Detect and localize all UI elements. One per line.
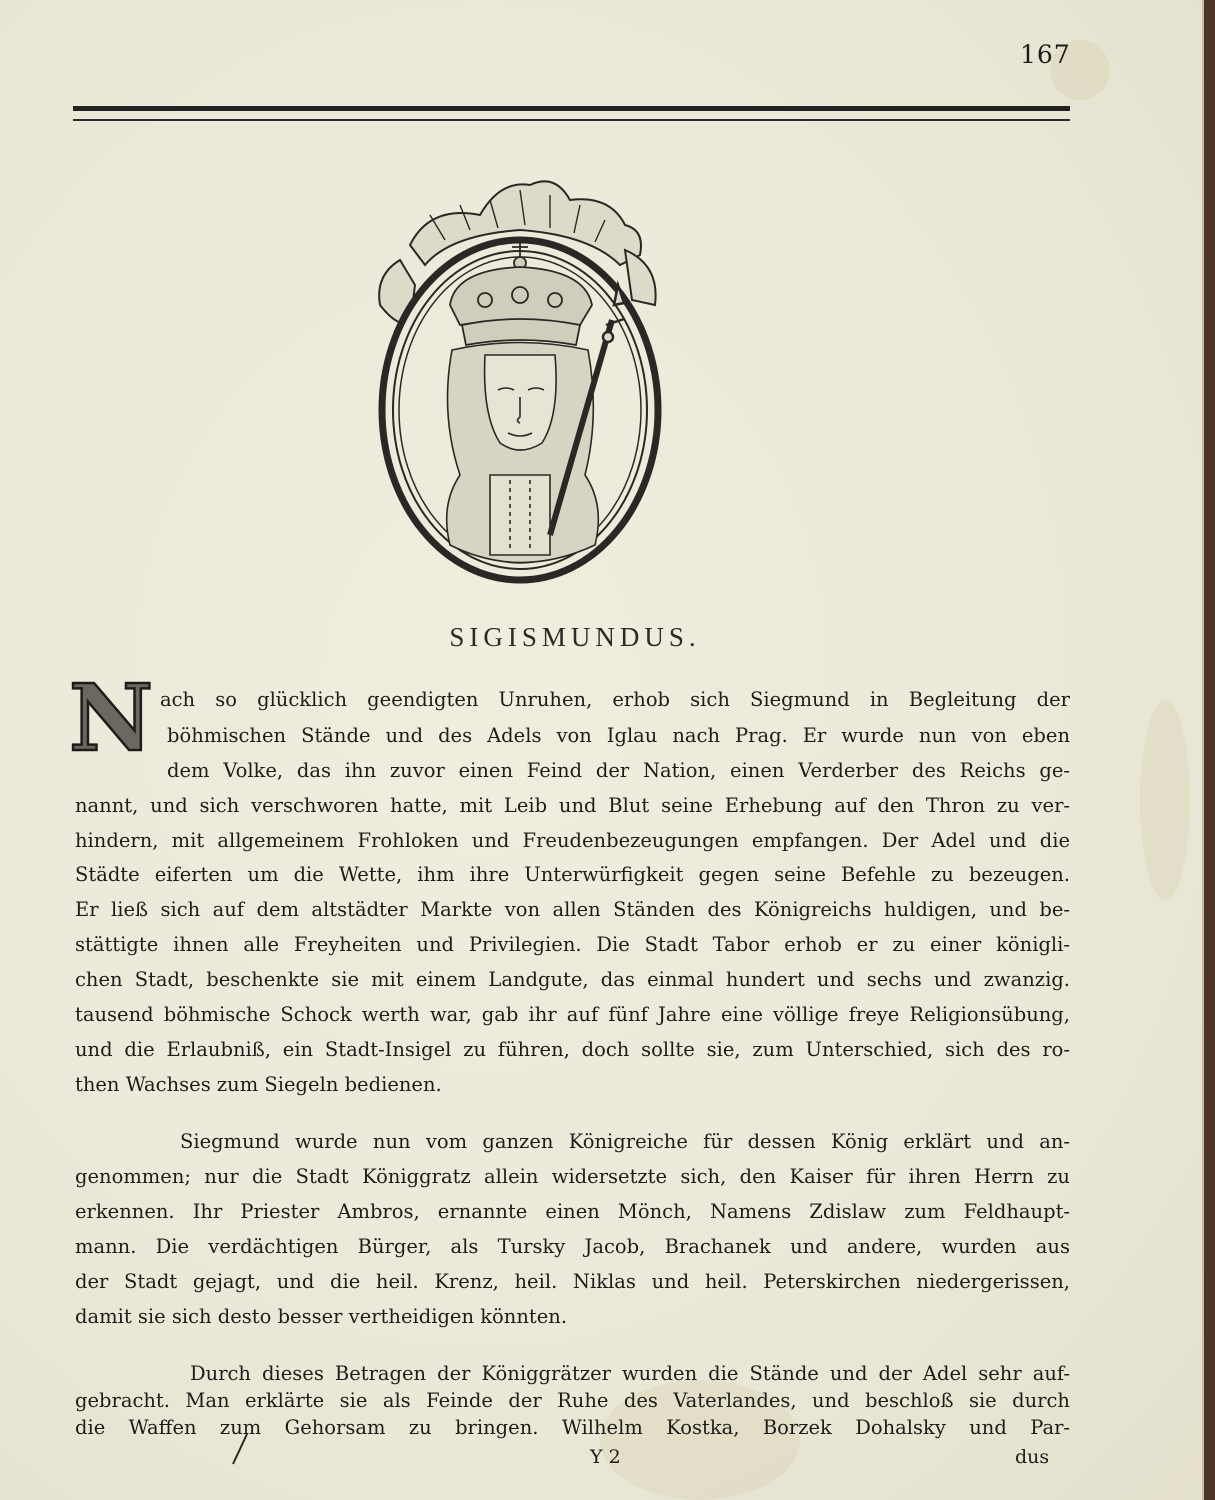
text-line: und die Erlaubniß, ein Stadt-Insigel zu … (75, 1038, 1070, 1061)
text-line: erkennen. Ihr Priester Ambros, ernannte … (75, 1200, 1070, 1223)
signature-mark: Y 2 (590, 1446, 621, 1468)
text-line: Durch dieses Betragen der Königgrätzer w… (190, 1362, 1070, 1385)
text-line: tausend böhmische Schock werth war, gab … (75, 1003, 1070, 1026)
chapter-heading: SIGISMUNDUS. (0, 622, 1150, 653)
text-line: Städte eiferten um die Wette, ihm ihre U… (75, 863, 1070, 886)
text-line: genommen; nur die Stadt Königgratz allei… (75, 1165, 1070, 1188)
catchword: dus (1015, 1446, 1049, 1468)
text-line: nannt, und sich verschworen hatte, mit L… (75, 794, 1070, 817)
text-line: gebracht. Man erklärte sie als Feinde de… (75, 1389, 1070, 1412)
paper-stain (1140, 700, 1190, 900)
header-rule-thin (73, 119, 1070, 121)
drop-cap-ornament: N (66, 672, 156, 760)
text-line: böhmischen Stände und des Adels von Igla… (167, 724, 1070, 747)
book-page: 167 (0, 0, 1202, 1500)
text-line: then Wachses zum Siegeln bedienen. (75, 1073, 442, 1096)
text-line: ach so glücklich geendigten Unruhen, erh… (160, 688, 1070, 711)
pen-stroke-mark (225, 1430, 255, 1470)
text-line: dem Volke, das ihn zuvor einen Feind der… (167, 759, 1070, 782)
page-number: 167 (1020, 40, 1071, 69)
text-line: Er ließ sich auf dem altstädter Markte v… (75, 898, 1070, 921)
text-line: der Stadt gejagt, und die heil. Krenz, h… (75, 1270, 1070, 1293)
svg-text:N: N (69, 672, 153, 760)
text-line: stättigte ihnen alle Freyheiten und Priv… (75, 933, 1070, 956)
text-line: hindern, mit allgemeinem Frohloken und F… (75, 829, 1070, 852)
text-line: mann. Die verdächtigen Bürger, als Tursk… (75, 1235, 1070, 1258)
text-line: damit sie sich desto besser vertheidigen… (75, 1305, 567, 1328)
portrait-engraving (370, 175, 670, 585)
text-line: chen Stadt, beschenkte sie mit einem Lan… (75, 968, 1070, 991)
text-line: Siegmund wurde nun vom ganzen Königreich… (180, 1130, 1070, 1153)
book-edge (1202, 0, 1215, 1500)
header-rule-thick (73, 106, 1070, 111)
